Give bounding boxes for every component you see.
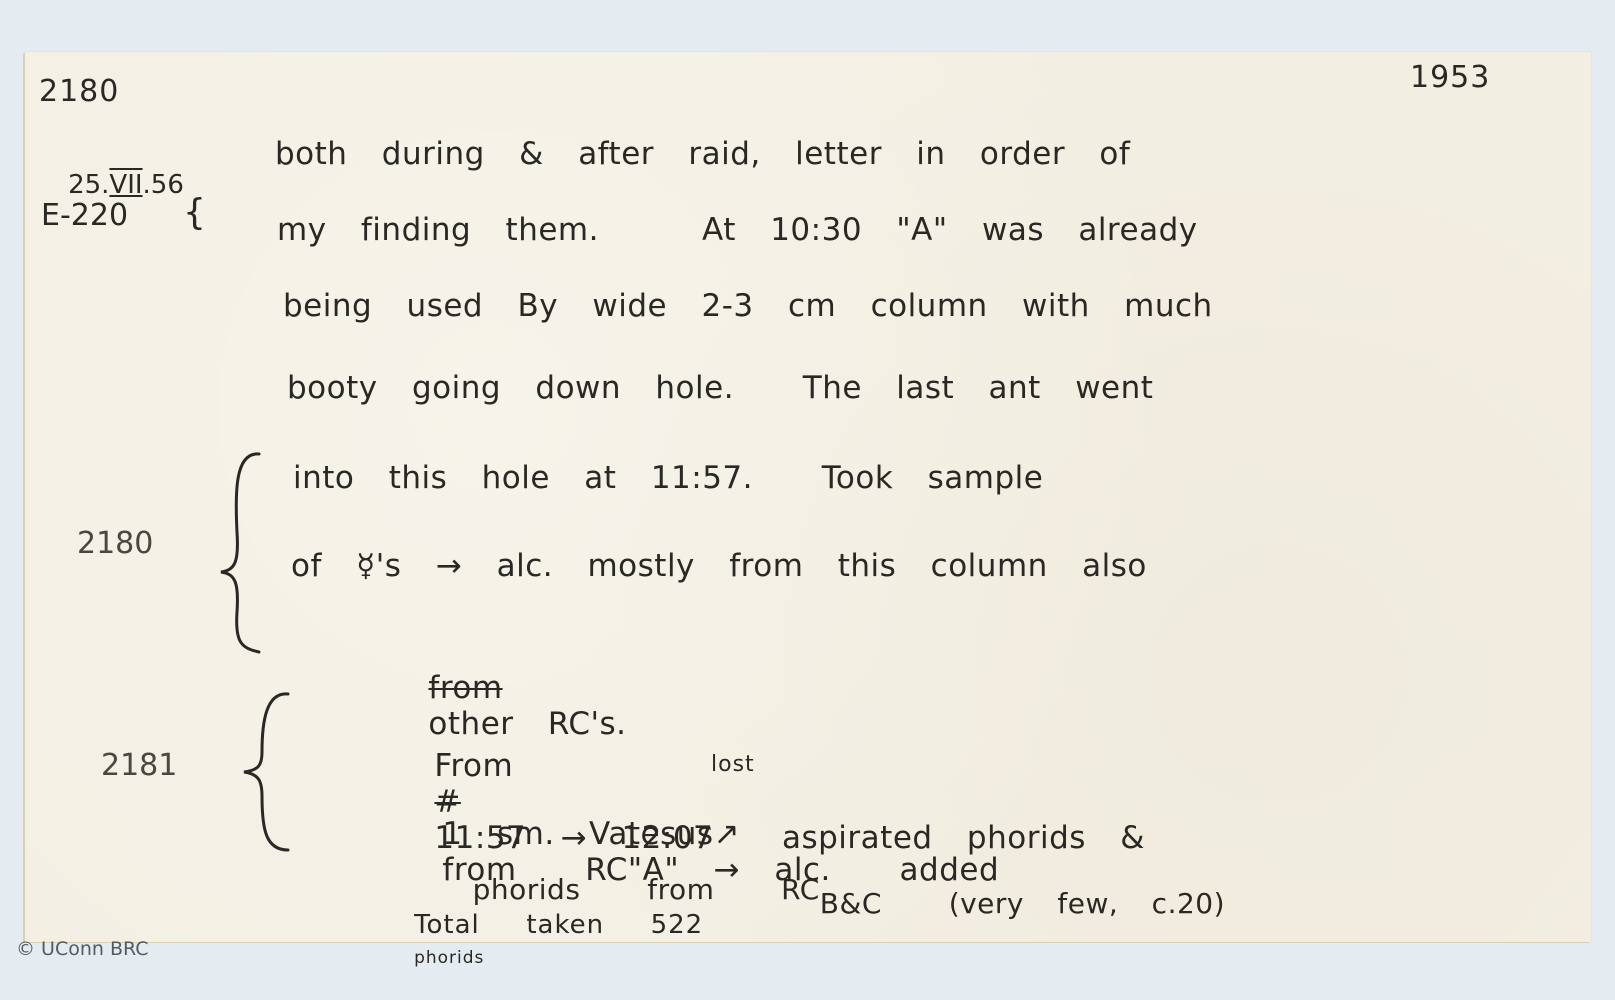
text-line-2: my finding them. At 10:30 "A" was alread… — [277, 212, 1198, 248]
text-line-6: of ☿'s → alc. mostly from this column al… — [291, 548, 1147, 584]
group2-total-line: Total taken 522 phorids — [321, 880, 703, 1000]
total-unit-text: phorids — [414, 948, 484, 968]
card-number: 2180 — [39, 74, 119, 109]
copyright-notice: © UConn BRC — [16, 938, 149, 960]
date-day: 25. — [68, 170, 109, 200]
colony-note-text: B&C (very few, c.20) — [820, 887, 1225, 920]
specimen-number-2181: 2181 — [101, 748, 177, 783]
card-year: 1953 — [1410, 60, 1490, 95]
from-word: From — [434, 748, 513, 784]
specimen-number-2180: 2180 — [77, 526, 153, 561]
struck-word: from — [428, 670, 502, 706]
date-month: VII — [109, 170, 142, 200]
text-line-4: booty going down hole. The last ant went — [287, 370, 1153, 406]
text-line-5: into this hole at 11:57. Took sample — [293, 460, 1043, 496]
brace-icon — [215, 452, 265, 652]
text-line-1: both during & after raid, letter in orde… — [275, 136, 1130, 172]
archival-index-card: 2180 1953 25.VII.56 E-220 { both during … — [25, 52, 1591, 942]
date-year: .56 — [143, 170, 184, 200]
experiment-code: E-220 — [41, 198, 128, 233]
code-bracket-icon: { — [183, 192, 207, 233]
brace-icon — [240, 692, 290, 852]
total-taken-text: Total taken 522 — [414, 910, 703, 940]
inserted-word-lost: lost — [711, 752, 755, 777]
text-line-3: being used By wide 2-3 cm column with mu… — [283, 288, 1213, 324]
